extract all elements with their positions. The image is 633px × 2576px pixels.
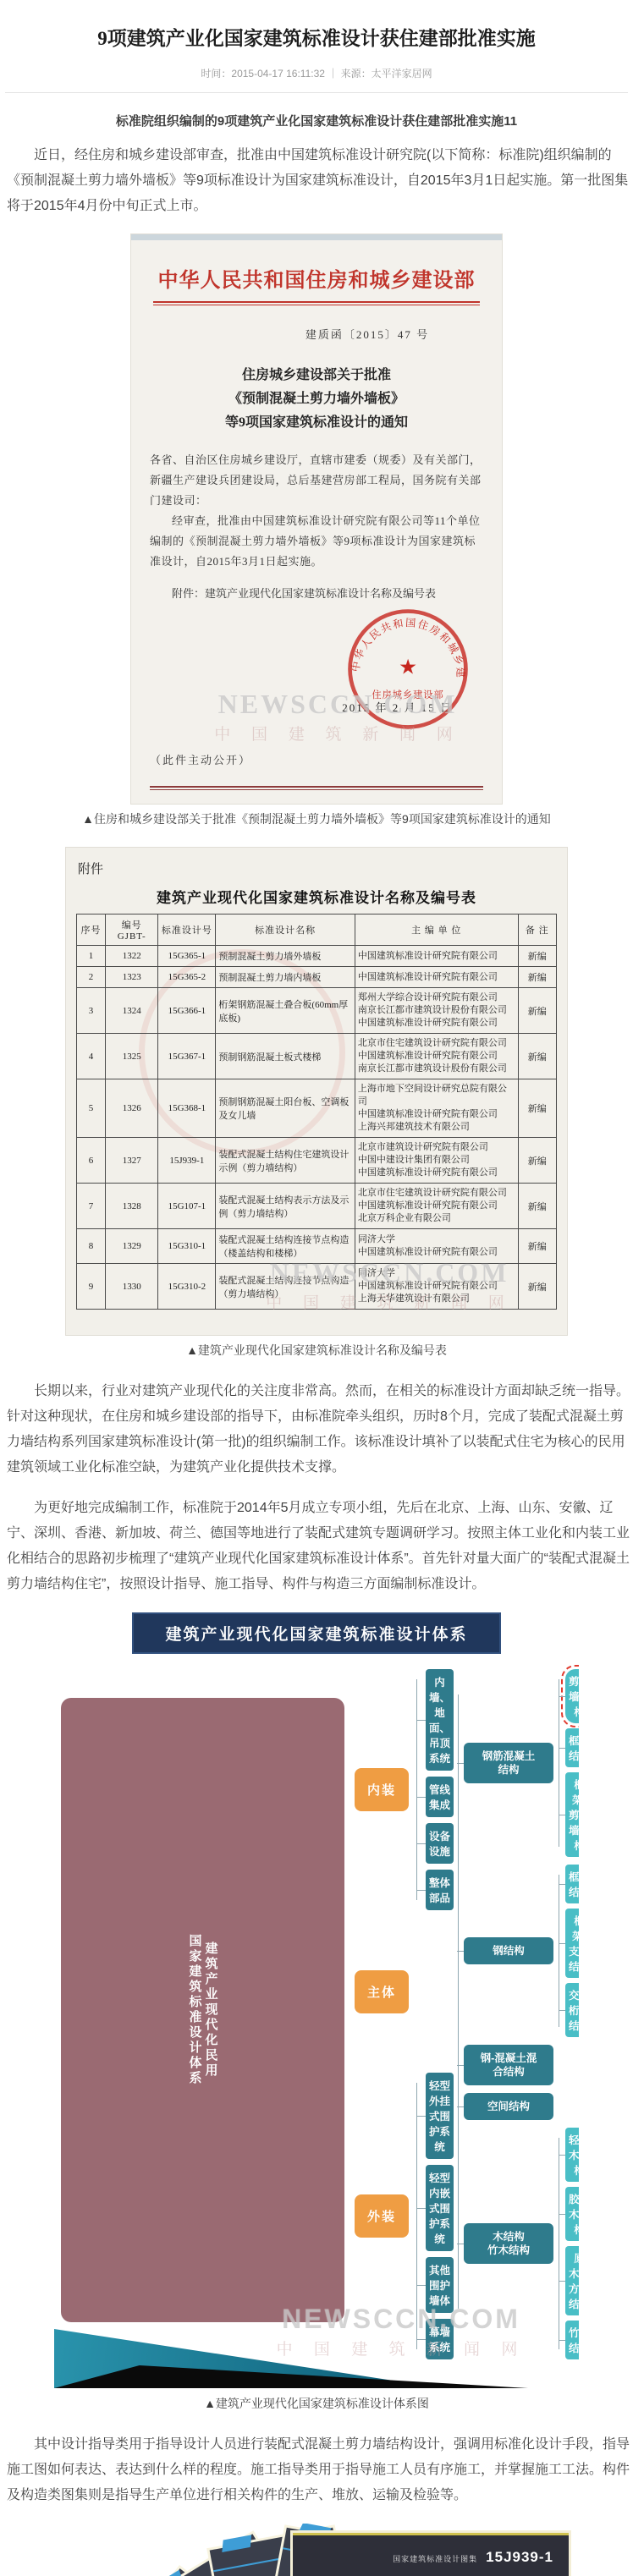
diagram-node: 其他围护墙体 — [426, 2257, 454, 2313]
books-figure: 15G368-115G367-115G366-115G365-215G107-1… — [0, 2524, 633, 2576]
paragraph-1: 近日，经住房和城乡建设部审查，批准由中国建筑标准设计研究院(以下简称：标准院)组… — [7, 143, 630, 219]
cell-no: 5 — [77, 1079, 106, 1138]
notice-approval-text: 经审查，批准由中国建筑标准设计研究院有限公司等11个单位编制的《预制混凝土剪力墙… — [150, 511, 483, 572]
cell-note: 新编 — [518, 1034, 556, 1079]
diagram-node: 钢筋混凝土 结构 — [464, 1743, 553, 1783]
diagram-title-banner: 建筑产业现代化国家建筑标准设计体系 — [132, 1612, 501, 1654]
notice-title-line: 等9项国家建筑标准设计的通知 — [150, 411, 483, 435]
diagram-node: 轻型木结构 — [565, 2128, 579, 2182]
books-photo: 15G368-115G367-115G366-115G365-215G107-1… — [46, 2524, 587, 2576]
cell-gjbt: 1325 — [106, 1034, 158, 1079]
unit-line: 郑州大学综合设计研究院有限公司 — [358, 991, 515, 1004]
notice-doc-number: 建质函〔2015〕47 号 — [251, 326, 483, 342]
diagram-node: 原木、方木结构 — [565, 2246, 579, 2315]
notice-caption: ▲住房和城乡建设部关于批准《预制混凝土剪力墙外墙板》等9项国家建筑标准设计的通知 — [0, 810, 633, 827]
diagram-node: 空间结构 — [464, 2093, 553, 2120]
unit-line: 同济大学 — [358, 1233, 515, 1246]
cell-code: 15G107-1 — [158, 1184, 216, 1229]
table-row: 4132515G367-1预制钢筋混凝土板式楼梯北京市住宅建筑设计研究院有限公司… — [77, 1034, 557, 1079]
cell-no: 6 — [77, 1138, 106, 1184]
table-header-row: 序号 编号 GJBT- 标准设计号 标准设计名称 主 编 单 位 备 注 — [77, 915, 557, 946]
exterior-group: 外装 轻型外挂式围护系统轻型内嵌式围护系统其他围护墙体幕墙系统 — [355, 2073, 454, 2359]
diagram-structure-group: 木结构 竹木结构轻型木结构胶合木结构原木、方木结构竹木结构 — [464, 2128, 579, 2359]
unit-line: 上海市地下空间设计研究总院有限公司 — [358, 1083, 515, 1108]
cell-units: 北京市建筑设计研究院有限公司中国中建设计集团有限公司中国建筑标准设计研究院有限公… — [355, 1138, 518, 1184]
diagram-node: 剪力墙结构 — [565, 1669, 579, 1723]
table-row: 8132915G310-1装配式混凝土结构连接节点构造（楼盖结构和楼梯）同济大学… — [77, 1229, 557, 1264]
col-header-no: 序号 — [77, 915, 106, 946]
diagram-structure-group: 钢筋混凝土 结构剪力墙结构框架结构框架-剪力墙结构 — [464, 1669, 579, 1857]
notice-figure: 中华人民共和国住房和城乡建设部 建质函〔2015〕47 号 住房城乡建设部关于批… — [0, 234, 633, 804]
notice-title: 住房城乡建设部关于批准 《预制混凝土剪力墙外墙板》 等9项国家建筑标准设计的通知 — [150, 364, 483, 435]
unit-line: 南京长江都市建筑设计股份有限公司 — [358, 1004, 515, 1017]
unit-line: 中国建筑标准设计研究院有限公司 — [358, 1200, 515, 1212]
unit-line: 同济大学 — [358, 1267, 515, 1280]
diagram-node: 胶合木结构 — [565, 2187, 579, 2241]
table-row: 9133015G310-2装配式混凝土结构连接节点构造（剪力墙结构）同济大学中国… — [77, 1264, 557, 1310]
diagram-node: 框架-剪力墙结构 — [565, 1772, 579, 1857]
diagram-node: 框架结构 — [565, 1865, 579, 1903]
table-row: 3132415G366-1桁架钢筋混凝土叠合板(60mm厚底板)郑州大学综合设计… — [77, 988, 557, 1034]
standards-table-head: 序号 编号 GJBT- 标准设计号 标准设计名称 主 编 单 位 备 注 — [77, 915, 557, 946]
cell-note: 新编 — [518, 1079, 556, 1138]
exterior-children: 轻型外挂式围护系统轻型内嵌式围护系统其他围护墙体幕墙系统 — [426, 2073, 454, 2359]
unit-line: 中国建筑标准设计研究院有限公司 — [358, 1108, 515, 1121]
standards-table-body: 1132215G365-1预制混凝土剪力墙外墙板中国建筑标准设计研究院有限公司新… — [77, 946, 557, 1310]
cell-name: 装配式混凝土结构表示方法及示例（剪力墙结构） — [216, 1184, 355, 1229]
diagram-node: 轻型外挂式围护系统 — [426, 2073, 454, 2159]
col-header-name: 标准设计名称 — [216, 915, 355, 946]
cell-no: 3 — [77, 988, 106, 1034]
cell-no: 8 — [77, 1229, 106, 1264]
notice-recipients: 各省、自治区住房城乡建设厅，直辖市建委（规委）及有关部门，新疆生产建设兵团建设局… — [150, 450, 483, 511]
paper-edge — [131, 234, 502, 240]
paragraph-4: 其中设计指导类用于指导设计人员进行装配式混凝土剪力墙结构设计，强调用标准化设计手… — [7, 2432, 630, 2508]
cell-code: 15G310-2 — [158, 1264, 216, 1310]
standards-table-scan: 附件 建筑产业现代化国家建筑标准设计名称及编号表 序号 编号 GJBT- 标准设… — [66, 848, 567, 1335]
diagram-node: 管线集成 — [426, 1777, 454, 1817]
col-header-gjbt: 编号 GJBT- — [106, 915, 158, 946]
diagram-structure-group: 空间结构 — [464, 2093, 579, 2120]
diagram-node: 整体部品 — [426, 1870, 454, 1910]
system-diagram: 建筑产业现代化国家建筑标准设计体系 国家建筑标准设计体系 建筑产业现代化民用 内… — [54, 1612, 579, 2388]
cell-name: 桁架钢筋混凝土叠合板(60mm厚底板) — [216, 988, 355, 1034]
cell-name: 装配式混凝土结构住宅建筑设计示例（剪力墙结构） — [216, 1138, 355, 1184]
cell-code: 15G366-1 — [158, 988, 216, 1034]
article-meta: 时间：2015-04-17 16:11:32 ｜ 来源：太平洋家居网 — [0, 66, 633, 80]
cell-units: 同济大学中国建筑标准设计研究院有限公司 — [355, 1229, 518, 1264]
diagram-node: 框架-支撑结构 — [565, 1909, 579, 1978]
diagram-root-node: 国家建筑标准设计体系 建筑产业现代化民用 — [61, 1698, 344, 2322]
diagram-structure-group: 钢-混凝土混 合结构 — [464, 2045, 579, 2085]
diagram-node: 交错桁架结构 — [565, 1983, 579, 2037]
diagram-body: 国家建筑标准设计体系 建筑产业现代化民用 内装 内墙、地面、吊顶系统管线集成设备… — [54, 1669, 579, 2359]
diagram-node: 内墙、地面、吊顶系统 — [426, 1669, 454, 1771]
unit-line: 上海兴邦建筑技术有限公司 — [358, 1121, 515, 1134]
diagram-left-column: 内装 内墙、地面、吊顶系统管线集成设备设施整体部品 主体 外装 轻型外挂式围护系… — [355, 1669, 454, 2359]
unit-line: 南京长江都市建筑设计股份有限公司 — [358, 1063, 515, 1075]
cell-note: 新编 — [518, 988, 556, 1034]
unit-line: 北京市住宅建筑设计研究院有限公司 — [358, 1037, 515, 1050]
cell-units: 北京市住宅建筑设计研究院有限公司中国建筑标准设计研究院有限公司北京万科企业有限公… — [355, 1184, 518, 1229]
cell-no: 2 — [77, 967, 106, 988]
cell-no: 7 — [77, 1184, 106, 1229]
root-text-left: 国家建筑标准设计体系 — [188, 1934, 202, 2086]
cell-units: 同济大学中国建筑标准设计研究院有限公司上海天华建筑设计有限公司 — [355, 1264, 518, 1310]
seal-area: 中华人民共和国住房和城乡建设部 ★ 住房城乡建设部 2015 年 2 月 15 … — [150, 604, 483, 746]
notice-public-note: （此件主动公开） — [150, 751, 483, 767]
unit-line: 北京市建筑设计研究院有限公司 — [358, 1141, 515, 1154]
diagram-node: 钢结构 — [464, 1937, 553, 1964]
root-text-right: 建筑产业现代化民用 — [204, 1942, 218, 2079]
diagram-figure: 建筑产业现代化国家建筑标准设计体系 国家建筑标准设计体系 建筑产业现代化民用 内… — [0, 1612, 633, 2388]
cell-gjbt: 1329 — [106, 1229, 158, 1264]
diagram-leaves: 剪力墙结构框架结构框架-剪力墙结构 — [565, 1669, 579, 1857]
unit-line: 上海天华建筑设计有限公司 — [358, 1293, 515, 1305]
diagram-caption: ▲建筑产业现代化国家建筑标准设计体系图 — [0, 2395, 633, 2412]
page-title: 9项建筑产业化国家建筑标准设计获住建部批准实施 — [47, 25, 586, 52]
standards-table-title: 建筑产业现代化国家建筑标准设计名称及编号表 — [76, 886, 557, 907]
cell-note: 新编 — [518, 1184, 556, 1229]
diagram-node: 竹木结构 — [565, 2321, 579, 2359]
maroon-double-rule — [150, 786, 483, 790]
table-row: 2132315G365-2预制混凝土剪力墙内墙板中国建筑标准设计研究院有限公司新… — [77, 967, 557, 988]
cell-no: 4 — [77, 1034, 106, 1079]
cell-gjbt: 1327 — [106, 1138, 158, 1184]
table-row: 7132815G107-1装配式混凝土结构表示方法及示例（剪力墙结构）北京市住宅… — [77, 1184, 557, 1229]
unit-line: 中国中建设计集团有限公司 — [358, 1154, 515, 1167]
unit-line: 中国建筑标准设计研究院有限公司 — [358, 1017, 515, 1030]
notice-title-line: 住房城乡建设部关于批准 — [150, 364, 483, 387]
unit-line: 中国建筑标准设计研究院有限公司 — [358, 1050, 515, 1063]
cell-note: 新编 — [518, 1138, 556, 1184]
cell-gjbt: 1322 — [106, 946, 158, 967]
cell-name: 装配式混凝土结构连接节点构造（楼盖结构和楼梯） — [216, 1229, 355, 1264]
unit-line: 中国建筑标准设计研究院有限公司 — [358, 971, 515, 984]
diagram-leaves: 轻型木结构胶合木结构原木、方木结构竹木结构 — [565, 2128, 579, 2359]
cell-units: 上海市地下空间设计研究总院有限公司中国建筑标准设计研究院有限公司上海兴邦建筑技术… — [355, 1079, 518, 1138]
notice-attachment-line: 附件：建筑产业现代化国家建筑标准设计名称及编号表 — [150, 584, 483, 604]
blue-tab — [222, 2535, 251, 2552]
main-group: 主体 — [355, 1970, 454, 2013]
red-double-rule — [153, 301, 480, 305]
cell-code: 15G367-1 — [158, 1034, 216, 1079]
cell-code: 15G365-2 — [158, 967, 216, 988]
book-cover-15j939: 国家建筑标准设计图集15J939-1 混凝土结构住宅建筑设计示例 （剪力墙结构）… — [293, 2533, 569, 2576]
cell-name: 装配式混凝土结构连接节点构造（剪力墙结构） — [216, 1264, 355, 1310]
table-attachment-label: 附件 — [78, 860, 557, 877]
unit-line: 中国建筑标准设计研究院有限公司 — [358, 950, 515, 963]
cell-gjbt: 1323 — [106, 967, 158, 988]
paragraph-3: 为更好地完成编制工作，标准院于2014年5月成立专项小组，先后在北京、上海、山东… — [7, 1496, 630, 1597]
notice-body: 各省、自治区住房城乡建设厅，直辖市建委（规委）及有关部门，新疆生产建设兵团建设局… — [150, 450, 483, 572]
seal-star-icon: ★ — [399, 656, 417, 679]
diagram-leaves: 框架结构框架-支撑结构交错桁架结构 — [565, 1865, 579, 2037]
unit-line: 中国建筑标准设计研究院有限公司 — [358, 1167, 515, 1179]
diagram-node: 轻型内嵌式围护系统 — [426, 2165, 454, 2251]
standards-table: 序号 编号 GJBT- 标准设计号 标准设计名称 主 编 单 位 备 注 113… — [76, 914, 557, 1310]
diagram-structure-group: 钢结构框架结构框架-支撑结构交错桁架结构 — [464, 1865, 579, 2037]
cell-no: 1 — [77, 946, 106, 967]
unit-line: 中国建筑标准设计研究院有限公司 — [358, 1246, 515, 1259]
book-code: 15J939-1 — [486, 2549, 553, 2565]
article-subtitle: 标准院组织编制的9项建筑产业化国家建筑标准设计获住建部批准实施11 — [8, 112, 625, 129]
main-structure-column: 钢筋混凝土 结构剪力墙结构框架结构框架-剪力墙结构钢结构框架结构框架-支撑结构交… — [464, 1669, 579, 2359]
diagram-node: 框架结构 — [565, 1728, 579, 1767]
diagram-node: 设备设施 — [426, 1823, 454, 1864]
cell-note: 新编 — [518, 967, 556, 988]
interior-group: 内装 内墙、地面、吊顶系统管线集成设备设施整体部品 — [355, 1669, 454, 1910]
cell-note: 新编 — [518, 1229, 556, 1264]
cell-units: 中国建筑标准设计研究院有限公司 — [355, 946, 518, 967]
interior-node: 内装 — [355, 1768, 409, 1811]
table-row: 6132715J939-1装配式混凝土结构住宅建筑设计示例（剪力墙结构）北京市建… — [77, 1138, 557, 1184]
cell-units: 中国建筑标准设计研究院有限公司 — [355, 967, 518, 988]
cell-note: 新编 — [518, 1264, 556, 1310]
cell-code: 15G365-1 — [158, 946, 216, 967]
table-row: 5132615G368-1预制钢筋混凝土阳台板、空调板及女儿墙上海市地下空间设计… — [77, 1079, 557, 1138]
notice-title-line: 《预制混凝土剪力墙外墙板》 — [150, 387, 483, 411]
col-header-code: 标准设计号 — [158, 915, 216, 946]
table-row: 1132215G365-1预制混凝土剪力墙外墙板中国建筑标准设计研究院有限公司新… — [77, 946, 557, 967]
article-page: 9项建筑产业化国家建筑标准设计获住建部批准实施 时间：2015-04-17 16… — [0, 25, 633, 2576]
unit-line: 北京市住宅建筑设计研究院有限公司 — [358, 1187, 515, 1200]
cell-gjbt: 1326 — [106, 1079, 158, 1138]
interior-children: 内墙、地面、吊顶系统管线集成设备设施整体部品 — [426, 1669, 454, 1910]
book-header: 国家建筑标准设计图集15J939-1 — [393, 2549, 553, 2566]
unit-line: 北京万科企业有限公司 — [358, 1212, 515, 1225]
diagram-node: 木结构 竹木结构 — [464, 2223, 553, 2264]
unit-line: 中国建筑标准设计研究院有限公司 — [358, 1280, 515, 1293]
diagram-node: 幕墙系统 — [426, 2319, 454, 2359]
exterior-node: 外装 — [355, 2194, 409, 2238]
notice-ministry-header: 中华人民共和国住房和城乡建设部 — [150, 263, 483, 293]
cell-code: 15J939-1 — [158, 1138, 216, 1184]
cell-gjbt: 1324 — [106, 988, 158, 1034]
notice-document: 中华人民共和国住房和城乡建设部 建质函〔2015〕47 号 住房城乡建设部关于批… — [131, 234, 502, 804]
cell-note: 新编 — [518, 946, 556, 967]
table-caption: ▲建筑产业现代化国家建筑标准设计名称及编号表 — [0, 1342, 633, 1359]
cell-gjbt: 1328 — [106, 1184, 158, 1229]
cell-name: 预制钢筋混凝土板式楼梯 — [216, 1034, 355, 1079]
cell-code: 15G368-1 — [158, 1079, 216, 1138]
col-header-units: 主 编 单 位 — [355, 915, 518, 946]
book-series-label: 国家建筑标准设计图集 — [393, 2555, 477, 2563]
cell-no: 9 — [77, 1264, 106, 1310]
notice-date: 2015 年 2 月 15 日 — [342, 699, 453, 715]
cell-name: 预制混凝土剪力墙内墙板 — [216, 967, 355, 988]
cell-name: 预制钢筋混凝土阳台板、空调板及女儿墙 — [216, 1079, 355, 1138]
cell-gjbt: 1330 — [106, 1264, 158, 1310]
diagram-node: 钢-混凝土混 合结构 — [464, 2045, 553, 2085]
cell-units: 北京市住宅建筑设计研究院有限公司中国建筑标准设计研究院有限公司南京长江都市建筑设… — [355, 1034, 518, 1079]
col-header-note: 备 注 — [518, 915, 556, 946]
paragraph-2: 长期以来，行业对建筑产业现代化的关注度非常高。然而，在相关的标准设计方面却缺乏统… — [7, 1379, 630, 1480]
header-divider — [5, 92, 628, 93]
table-figure: 附件 建筑产业现代化国家建筑标准设计名称及编号表 序号 编号 GJBT- 标准设… — [0, 848, 633, 1335]
blue-tab — [155, 2570, 183, 2576]
main-node: 主体 — [355, 1970, 409, 2013]
cell-code: 15G310-1 — [158, 1229, 216, 1264]
cell-units: 郑州大学综合设计研究院有限公司南京长江都市建筑设计股份有限公司中国建筑标准设计研… — [355, 988, 518, 1034]
cell-name: 预制混凝土剪力墙外墙板 — [216, 946, 355, 967]
